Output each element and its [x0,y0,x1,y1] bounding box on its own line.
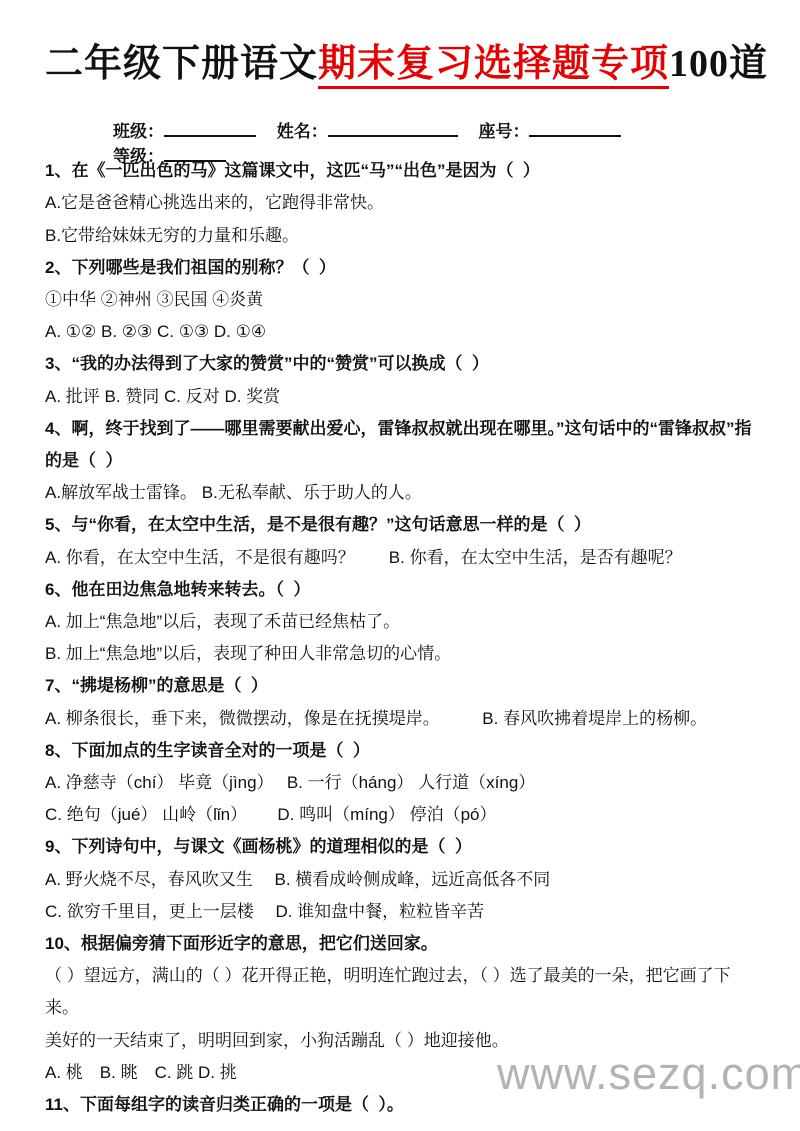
question-8: 8、下面加点的生字读音全对的一项是（ ） A. 净慈寺（chí） 毕竟（jìng… [45,735,757,832]
option-line: A. 你看，在太空中生活，不是很有趣吗？ B. 你看，在太空中生活，是否有趣呢？ [45,542,757,574]
field-class: 班级： [113,122,256,141]
question-4: 4、啊，终于找到了——哪里需要献出爱心，雷锋叔叔就出现在哪里。”这句话中的“雷锋… [45,413,757,510]
option-line: A. 野火烧不尽，春风吹又生 B. 横看成岭侧成峰，远近高低各不同 [45,864,757,896]
question-3: 3、“我的办法得到了大家的赞赏”中的“赞赏”可以换成（ ） A. 批评 B. 赞… [45,348,757,412]
question-stem: 10、根据偏旁猜下面形近字的意思，把它们送回家。 [45,928,757,960]
question-stem: 6、他在田边焦急地转来转去。（ ） [45,574,757,606]
question-stem: 8、下面加点的生字读音全对的一项是（ ） [45,735,757,767]
option-line: A. 批评 B. 赞同 C. 反对 D. 奖赏 [45,381,757,413]
title-suffix: 100道 [669,43,768,85]
field-class-blank [164,122,256,137]
title-prefix: 二年级下册语文 [45,43,318,85]
field-name: 姓名： [277,122,458,141]
option-line: A.它是爸爸精心挑选出来的，它跑得非常快。 [45,187,757,219]
question-7: 7、“拂堤杨柳”的意思是（ ） A. 柳条很长，垂下来，微微摆动，像是在抚摸堤岸… [45,670,757,734]
option-line: A. 加上“焦急地”以后，表现了禾苗已经焦枯了。 [45,606,757,638]
option-line: A.解放军战士雷锋。 B.无私奉献、乐于助人的人。 [45,477,757,509]
question-5: 5、与“你看，在太空中生活，是不是很有趣？”这句话意思一样的是（ ） A. 你看… [45,509,757,573]
field-seat-label: 座号： [478,122,529,141]
option-line: C. 欲穷千里目，更上一层楼 D. 谁知盘中餐，粒粒皆辛苦 [45,896,757,928]
field-name-blank [328,122,458,137]
title-highlight: 期末复习选择题专项 [318,43,669,89]
question-stem: 5、与“你看，在太空中生活，是不是很有趣？”这句话意思一样的是（ ） [45,509,757,541]
watermark: www.sezq.com [497,1048,800,1100]
option-line: A. 柳条很长，垂下来，微微摆动，像是在抚摸堤岸。 B. 春风吹拂着堤岸上的杨柳… [45,703,757,735]
field-seat-blank [529,122,621,137]
page-title: 二年级下册语文期末复习选择题专项100道 [45,38,755,91]
question-1: 1、在《一匹出色的马》这篇课文中，这匹“马”“出色”是因为（ ） A.它是爸爸精… [45,155,757,252]
question-stem: 7、“拂堤杨柳”的意思是（ ） [45,670,757,702]
option-line: C. 绝句（jué） 山岭（lǐn） D. 鸣叫（míng） 停泊（pó） [45,799,757,831]
option-line: ①中华 ②神州 ③民国 ④炎黄 [45,284,757,316]
field-seat: 座号： [478,122,621,141]
question-stem: 1、在《一匹出色的马》这篇课文中，这匹“马”“出色”是因为（ ） [45,155,757,187]
question-stem: 4、啊，终于找到了——哪里需要献出爱心，雷锋叔叔就出现在哪里。”这句话中的“雷锋… [45,413,757,477]
question-2: 2、下列哪些是我们祖国的别称？（ ） ①中华 ②神州 ③民国 ④炎黄 A. ①②… [45,252,757,349]
question-6: 6、他在田边焦急地转来转去。（ ） A. 加上“焦急地”以后，表现了禾苗已经焦枯… [45,574,757,671]
question-list: 1、在《一匹出色的马》这篇课文中，这匹“马”“出色”是因为（ ） A.它是爸爸精… [45,155,757,1121]
field-name-label: 姓名： [277,122,328,141]
question-stem: 3、“我的办法得到了大家的赞赏”中的“赞赏”可以换成（ ） [45,348,757,380]
question-stem: 9、下列诗句中，与课文《画杨桃》的道理相似的是（ ） [45,831,757,863]
content-line: （ ）望远方，满山的（ ）花开得正艳，明明连忙跑过去，（ ）选了最美的一朵，把它… [45,960,757,1024]
option-line: B.它带给妹妹无穷的力量和乐趣。 [45,220,757,252]
option-line: A. ①② B. ②③ C. ①③ D. ①④ [45,316,757,348]
student-info-line: 班级： 姓名： 座号： 等级： [113,117,755,141]
field-class-label: 班级： [113,122,164,141]
option-line: A. 净慈寺（chí） 毕竟（jìng） B. 一行（háng） 人行道（xín… [45,767,757,799]
option-line: B. 加上“焦急地”以后，表现了种田人非常急切的心情。 [45,638,757,670]
worksheet-page: 二年级下册语文期末复习选择题专项100道 班级： 姓名： 座号： 等级： 1、在… [0,0,800,1131]
question-stem: 2、下列哪些是我们祖国的别称？（ ） [45,252,757,284]
question-9: 9、下列诗句中，与课文《画杨桃》的道理相似的是（ ） A. 野火烧不尽，春风吹又… [45,831,757,928]
